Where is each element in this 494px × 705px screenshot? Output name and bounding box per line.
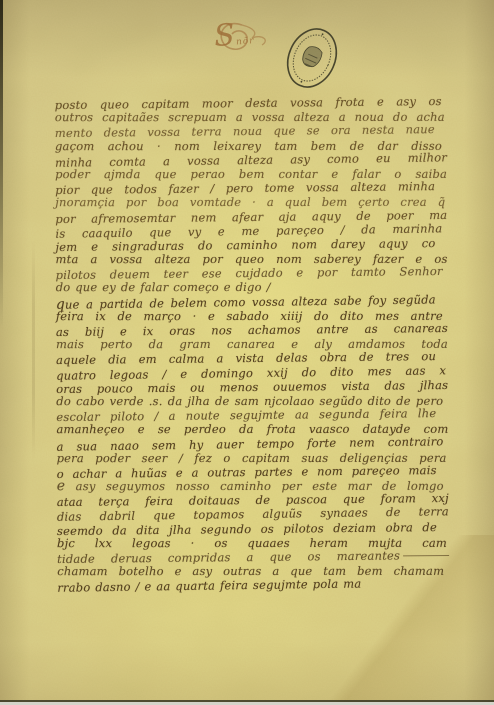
manuscript-page: Snõr posto queo capitam moor desta vossa… [0,0,494,705]
paper-crease [32,240,35,460]
manuscript-text: posto queo capitam moor desta vossa frot… [55,95,450,594]
manuscript-line: jnoramçia por boa vomtade · a qual bem ç… [55,195,447,210]
manuscript-line: mento desta vossa terra noua que se ora … [55,122,447,140]
page-edge-left [0,0,3,330]
